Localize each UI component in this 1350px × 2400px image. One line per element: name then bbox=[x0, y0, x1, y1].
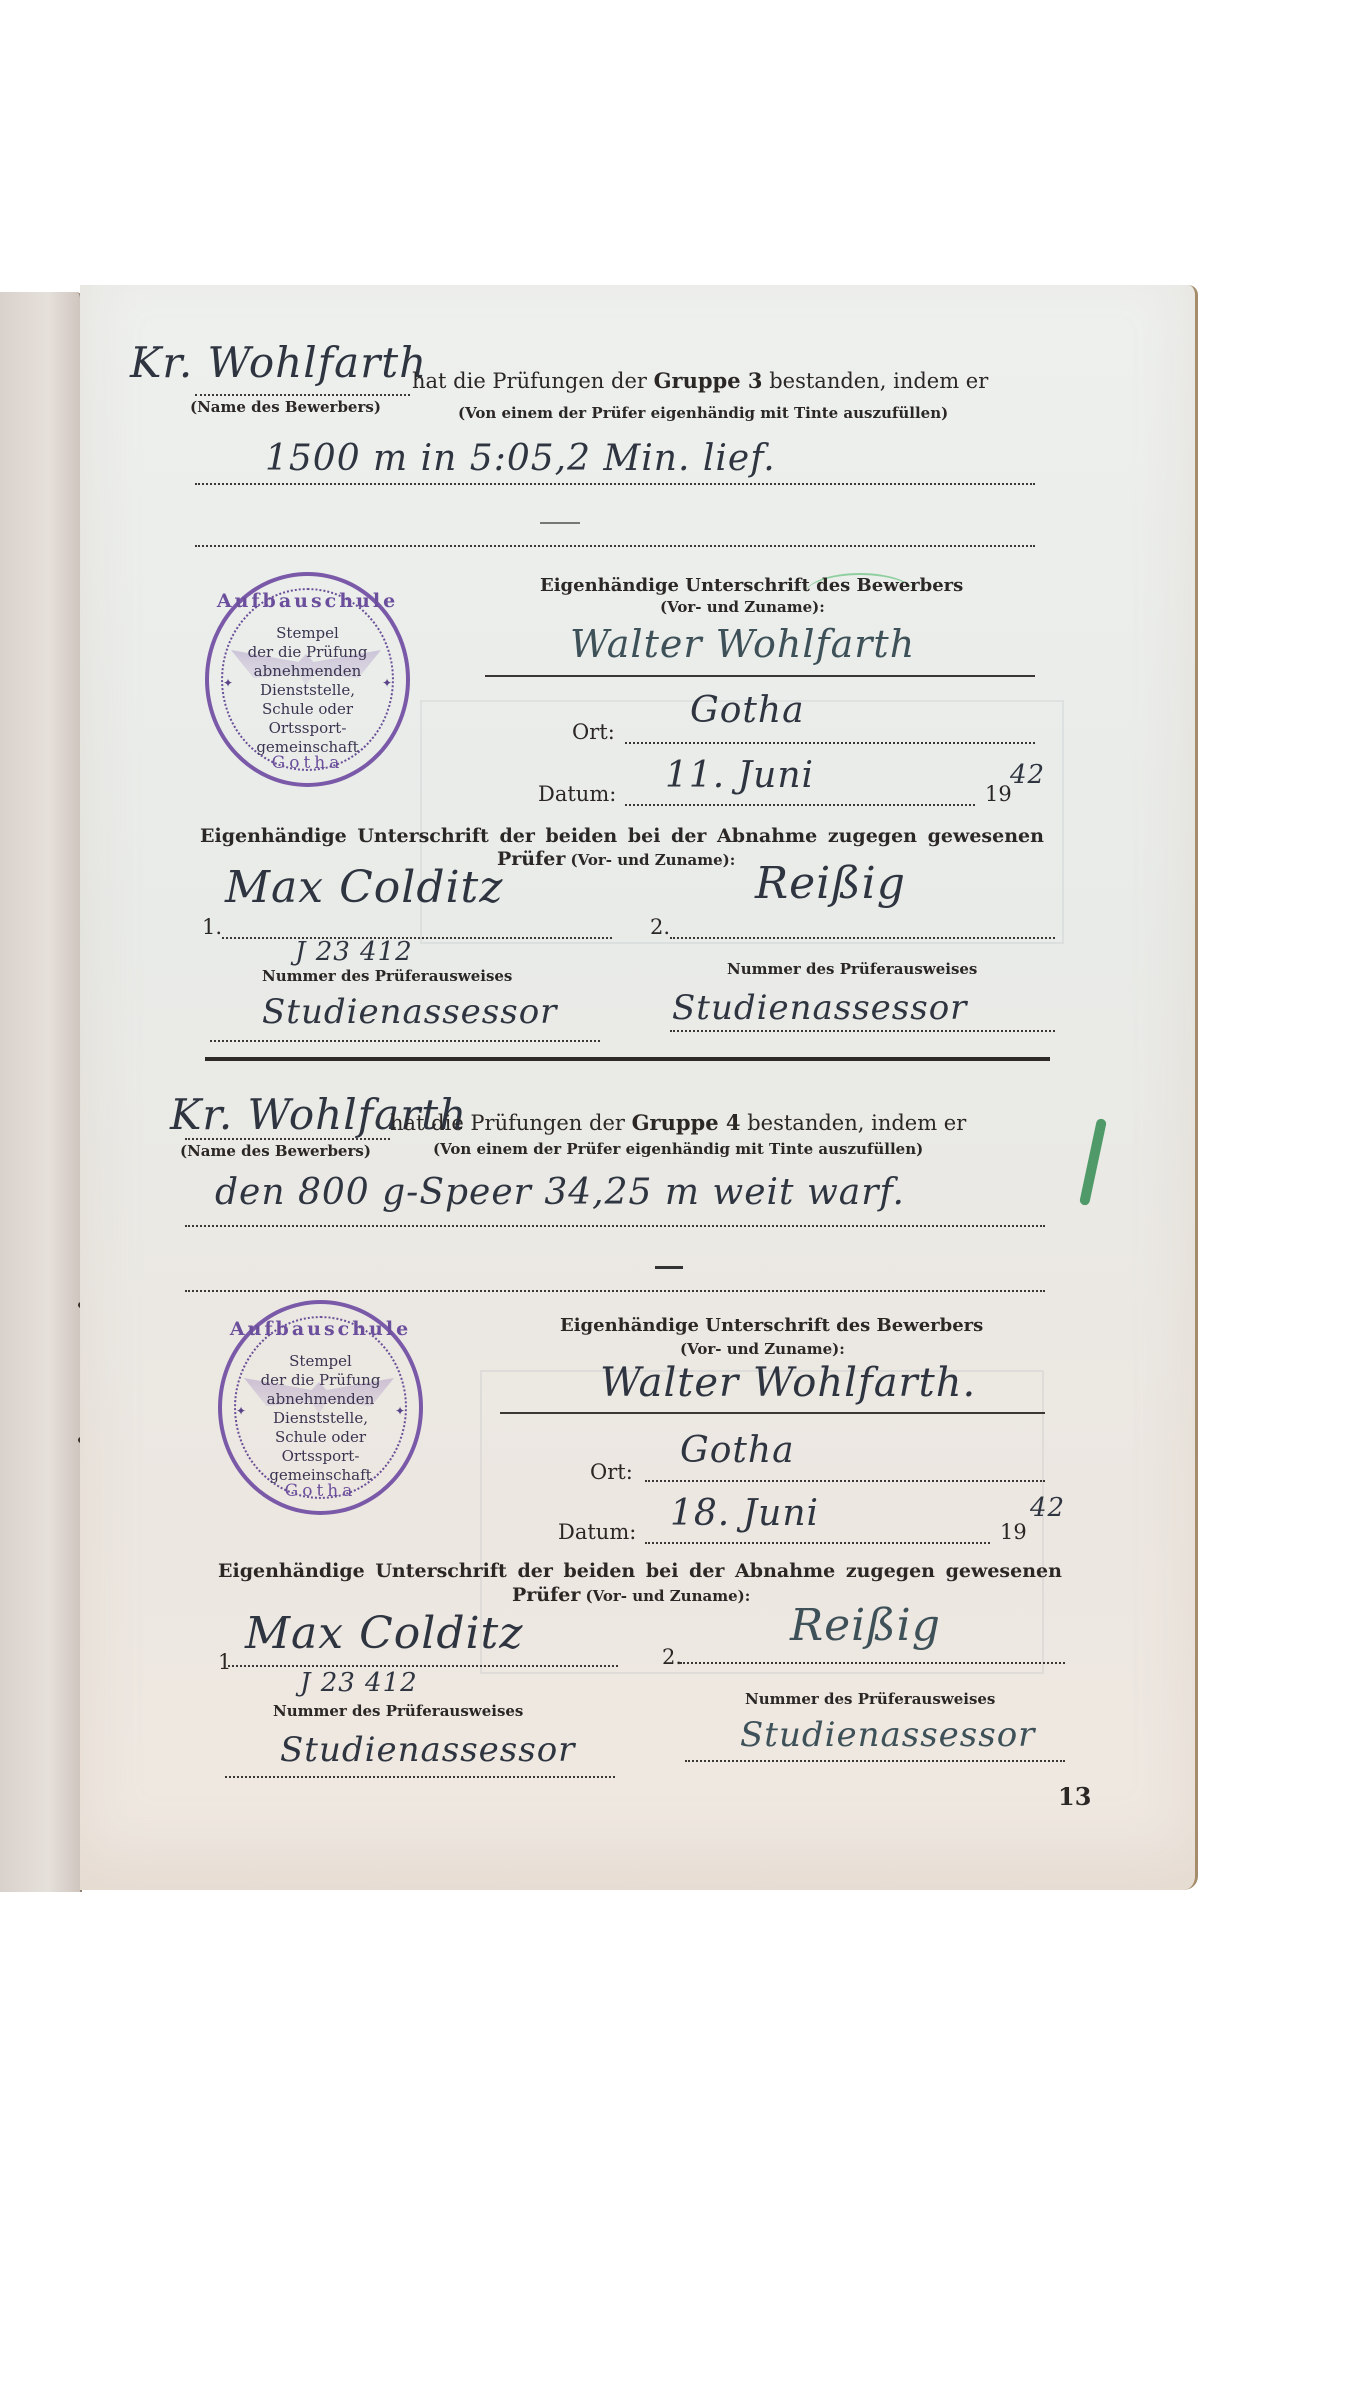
id-caption-2: Nummer des Prüferausweises bbox=[727, 960, 977, 978]
stamp-top-text: Aufbauschule bbox=[209, 590, 406, 612]
year-value: 42 bbox=[1030, 1493, 1065, 1523]
applicant-signature-sublabel: (Vor- und Zuname): bbox=[680, 1340, 845, 1358]
statement-text: hat die Prüfungen der bbox=[412, 369, 647, 393]
examiner1-index: 1. bbox=[202, 915, 222, 939]
examiners-label: Eigenhändige Unterschrift der beiden bei… bbox=[218, 1560, 1062, 1582]
stamp-line: Dienststelle, bbox=[242, 1409, 399, 1428]
signature-line bbox=[485, 675, 1035, 677]
name-dotted-line bbox=[185, 1138, 390, 1140]
stamp-body: Stempel der die Prüfung abnehmenden Dien… bbox=[242, 1352, 399, 1485]
stamp-line: abnehmenden bbox=[229, 662, 386, 681]
examiner2-index: 2. bbox=[650, 915, 670, 939]
stamp-top-text: Aufbauschule bbox=[222, 1318, 419, 1340]
stamp-line: Dienststelle, bbox=[229, 681, 386, 700]
name-hint: (Vor- und Zuname): bbox=[585, 1587, 750, 1605]
title1-line bbox=[210, 1040, 600, 1042]
date-label: Datum: bbox=[558, 1520, 636, 1544]
achievement-handwritten: 1500 m in 5:05,2 Min. lief. bbox=[265, 438, 776, 479]
left-page-edge bbox=[0, 292, 82, 1892]
instruction-caption: (Von einem der Prüfer eigenhändig mit Ti… bbox=[433, 1140, 923, 1158]
applicant-signature-label: Eigenhändige Unterschrift des Bewerbers bbox=[540, 575, 963, 596]
stamp-line: der die Prüfung bbox=[229, 643, 386, 662]
examiners-sublabel: Prüfer (Vor- und Zuname): bbox=[512, 1584, 750, 1606]
id-caption-2: Nummer des Prüferausweises bbox=[745, 1690, 995, 1708]
section-divider bbox=[205, 1057, 1050, 1061]
star-icon: ✦ bbox=[223, 676, 233, 690]
statement-end-text: bestanden, indem er bbox=[769, 369, 988, 393]
page-number: 13 bbox=[1058, 1782, 1091, 1811]
stamp-bottom-text: Gotha bbox=[209, 753, 406, 773]
stamp-line: Stempel bbox=[242, 1352, 399, 1371]
stamp-line: Ortssport- bbox=[229, 719, 386, 738]
examiner2-signature: Reißig bbox=[755, 858, 906, 909]
statement-line: hat die Prüfungen der Gruppe 4 bestanden… bbox=[390, 1110, 966, 1135]
name-hint: (Vor- und Zuname): bbox=[570, 851, 735, 869]
examiner1-line bbox=[222, 937, 612, 939]
year-prefix: 19 bbox=[1000, 1520, 1027, 1544]
id-caption-1: Nummer des Prüferausweises bbox=[273, 1702, 523, 1720]
examiners-sublabel: Prüfer (Vor- und Zuname): bbox=[497, 848, 735, 870]
id-caption-1: Nummer des Prüferausweises bbox=[262, 967, 512, 985]
stamp-line: abnehmenden bbox=[242, 1390, 399, 1409]
statement-text: hat die Prüfungen der bbox=[390, 1111, 625, 1135]
achievement-handwritten: den 800 g-Speer 34,25 m weit warf. bbox=[215, 1172, 905, 1213]
group-label: Gruppe 4 bbox=[632, 1110, 741, 1135]
star-icon: ✦ bbox=[382, 676, 392, 690]
signature-line bbox=[500, 1412, 1045, 1414]
blank-line bbox=[195, 545, 1035, 547]
place-value: Gotha bbox=[690, 690, 805, 731]
year-prefix: 19 bbox=[985, 782, 1012, 806]
pruefer-word: Prüfer bbox=[512, 1584, 580, 1606]
group-label: Gruppe 3 bbox=[654, 368, 763, 393]
examiner1-number: J 23 412 bbox=[295, 937, 413, 967]
examiner2-signature: Reißig bbox=[790, 1600, 941, 1651]
name-caption: (Name des Bewerbers) bbox=[180, 1142, 371, 1160]
stamp-bottom-text: Gotha bbox=[222, 1481, 419, 1501]
statement-line: hat die Prüfungen der Gruppe 3 bestanden… bbox=[412, 368, 988, 393]
official-stamp: Aufbauschule Stempel der die Prüfung abn… bbox=[218, 1300, 423, 1515]
examiner2-line bbox=[670, 937, 1055, 939]
examiner2-title: Studienassessor bbox=[740, 1715, 1035, 1755]
examiner1-signature: Max Colditz bbox=[245, 1608, 523, 1659]
dash-mark bbox=[540, 522, 580, 524]
examiner1-index: 1 bbox=[218, 1650, 231, 1674]
examiner1-title: Studienassessor bbox=[280, 1730, 575, 1770]
examiner1-line bbox=[228, 1665, 618, 1667]
achievement-line bbox=[195, 483, 1035, 485]
date-line bbox=[645, 1542, 990, 1544]
bleed-through-area bbox=[420, 700, 1064, 944]
title1-line bbox=[225, 1776, 615, 1778]
place-value: Gotha bbox=[680, 1430, 795, 1471]
date-label: Datum: bbox=[538, 782, 616, 806]
examiner2-line bbox=[680, 1662, 1065, 1664]
star-icon: ✦ bbox=[236, 1404, 246, 1418]
stamp-line: Schule oder bbox=[242, 1428, 399, 1447]
place-label: Ort: bbox=[572, 720, 615, 744]
stamp-line: Ortssport- bbox=[242, 1447, 399, 1466]
title2-line bbox=[670, 1030, 1055, 1032]
instruction-caption: (Von einem der Prüfer eigenhändig mit Ti… bbox=[458, 404, 948, 422]
name-caption: (Name des Bewerbers) bbox=[190, 398, 381, 416]
date-value: 18. Juni bbox=[670, 1493, 819, 1534]
stamp-line: Stempel bbox=[229, 624, 386, 643]
statement-end-text: bestanden, indem er bbox=[747, 1111, 966, 1135]
stamp-line: Schule oder bbox=[229, 700, 386, 719]
examiner1-signature: Max Colditz bbox=[225, 862, 503, 913]
name-dotted-line bbox=[195, 394, 410, 396]
pruefer-word: Prüfer bbox=[497, 848, 565, 870]
applicant-signature-label: Eigenhändige Unterschrift des Bewerbers bbox=[560, 1315, 983, 1336]
examiner1-number: J 23 412 bbox=[300, 1668, 418, 1698]
year-value: 42 bbox=[1010, 760, 1045, 790]
applicant-signature-sublabel: (Vor- und Zuname): bbox=[660, 598, 825, 616]
achievement-line bbox=[185, 1225, 1045, 1227]
stamp-body: Stempel der die Prüfung abnehmenden Dien… bbox=[229, 624, 386, 757]
star-icon: ✦ bbox=[395, 1404, 405, 1418]
examiners-label: Eigenhändige Unterschrift der beiden bei… bbox=[200, 825, 1044, 847]
stamp-line: der die Prüfung bbox=[242, 1371, 399, 1390]
examiner2-index: 2. bbox=[662, 1645, 682, 1669]
title2-line bbox=[685, 1760, 1065, 1762]
examiner1-title: Studienassessor bbox=[262, 992, 557, 1032]
official-stamp: Aufbauschule Stempel der die Prüfung abn… bbox=[205, 572, 410, 787]
examiner2-title: Studienassessor bbox=[672, 988, 967, 1028]
underline-mark bbox=[655, 1266, 683, 1269]
place-line bbox=[625, 742, 1035, 744]
applicant-signature: Walter Wohlfarth. bbox=[600, 1360, 976, 1406]
date-value: 11. Juni bbox=[665, 755, 814, 796]
place-label: Ort: bbox=[590, 1460, 633, 1484]
place-line bbox=[645, 1480, 1045, 1482]
applicant-signature: Walter Wohlfarth bbox=[570, 622, 915, 666]
date-line bbox=[625, 804, 975, 806]
applicant-name-handwritten: Kr. Wohlfarth bbox=[130, 338, 427, 387]
blank-line bbox=[185, 1290, 1045, 1292]
